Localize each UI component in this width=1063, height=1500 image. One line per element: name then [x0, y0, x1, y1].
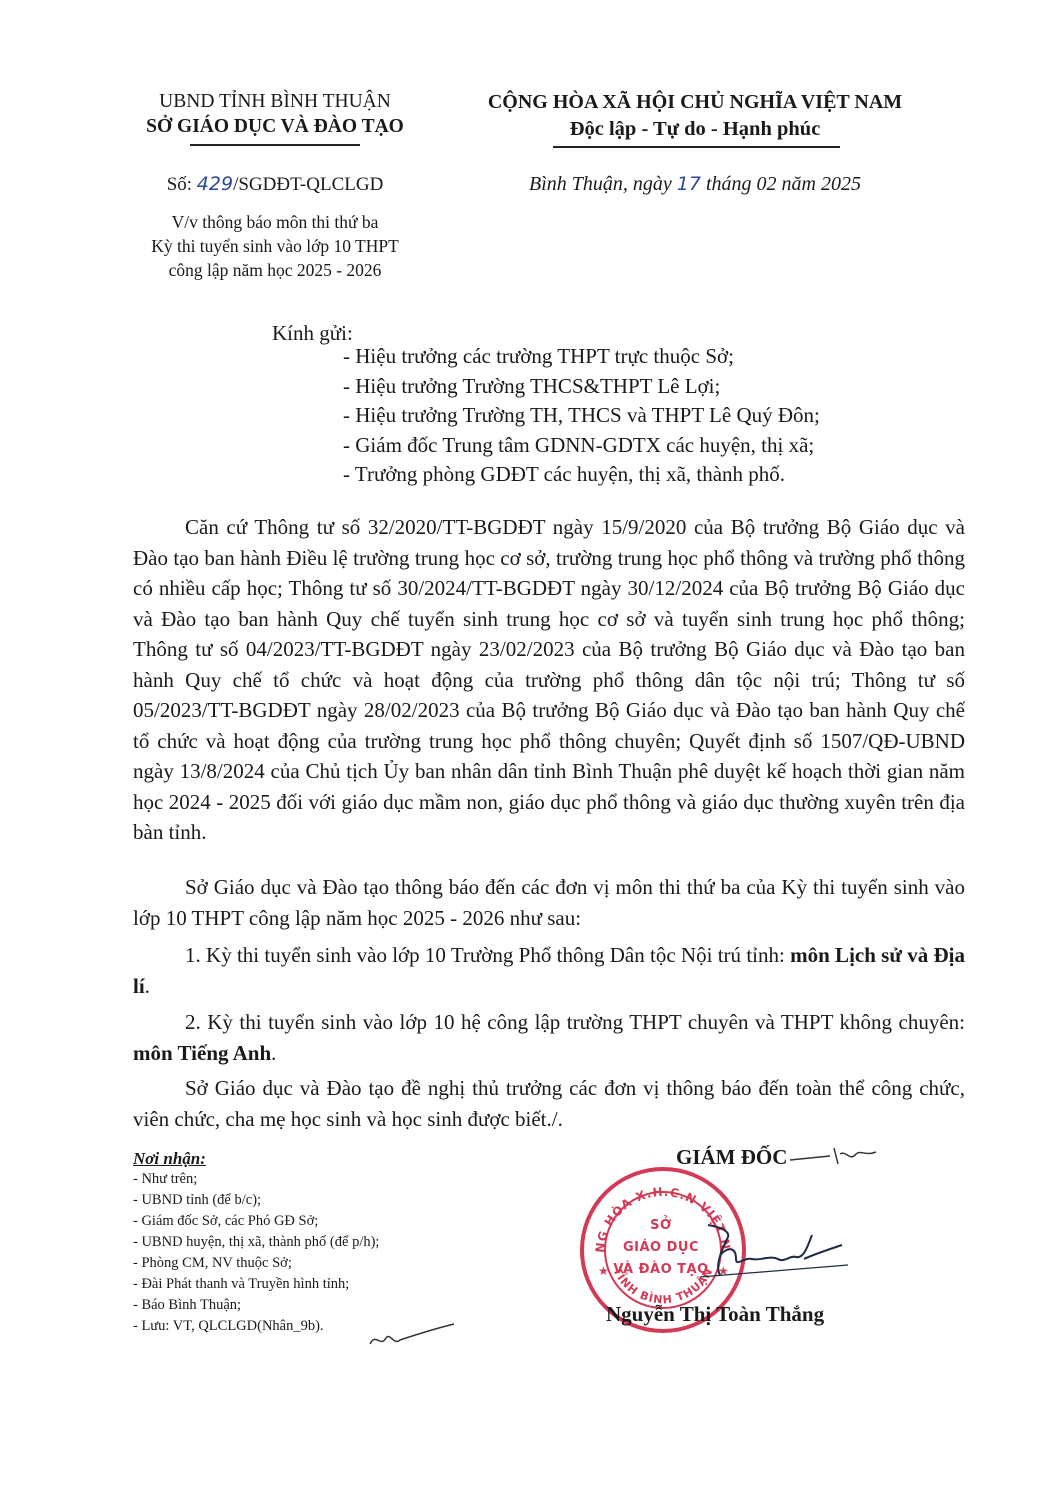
issuing-department: SỞ GIÁO DỤC VÀ ĐÀO TẠO — [110, 115, 440, 139]
distribution-item: - UBND tỉnh (để b/c); — [133, 1190, 463, 1211]
national-title: CỘNG HÒA XÃ HỘI CHỦ NGHĨA VIỆT NAM — [435, 90, 955, 114]
date-prefix: Bình Thuận, ngày — [529, 173, 672, 195]
distribution-item: - Giám đốc Sở, các Phó GĐ Sở; — [133, 1211, 463, 1232]
exam-item-1: 1. Kỳ thi tuyển sinh vào lớp 10 Trường P… — [133, 940, 965, 1001]
recipient-item: - Hiệu trưởng Trường TH, THCS và THPT Lê… — [343, 401, 963, 431]
exam-item-text: 2. Kỳ thi tuyển sinh vào lớp 10 hệ công … — [185, 1010, 965, 1034]
distribution-item: - Như trên; — [133, 1169, 463, 1190]
legal-basis-paragraph: Căn cứ Thông tư số 32/2020/TT-BGDĐT ngày… — [133, 512, 965, 848]
national-motto: Độc lập - Tự do - Hạnh phúc — [435, 117, 955, 141]
exam-item-2: 2. Kỳ thi tuyển sinh vào lớp 10 hệ công … — [133, 1007, 965, 1068]
exam-item-end: . — [271, 1041, 276, 1065]
subject-line: Kỳ thi tuyển sinh vào lớp 10 THPT — [110, 234, 440, 258]
handwritten-signature-icon — [700, 1215, 850, 1285]
subject-block: V/v thông báo môn thi thứ ba Kỳ thi tuyể… — [110, 210, 440, 282]
exam-subject: môn Tiếng Anh — [133, 1041, 271, 1065]
number-suffix: /SGDĐT-QLCLGD — [233, 174, 383, 195]
signature-title: GIÁM ĐỐC — [676, 1145, 787, 1170]
announcement-paragraph: Sở Giáo dục và Đào tạo thông báo đến các… — [133, 872, 965, 933]
issuing-authority: UBND TỈNH BÌNH THUẬN — [110, 90, 440, 114]
distribution-item: - Báo Bình Thuận; — [133, 1295, 463, 1316]
distribution-title: Nơi nhận: — [133, 1148, 463, 1169]
motto-underline — [553, 146, 840, 148]
distribution-item: - Đài Phát thanh và Truyền hình tỉnh; — [133, 1274, 463, 1295]
recipient-list: - Hiệu trưởng các trường THPT trực thuộc… — [343, 342, 963, 490]
document-number: Số: 429/SGDĐT-QLCLGD — [110, 172, 440, 197]
subject-line: V/v thông báo môn thi thứ ba — [110, 210, 440, 234]
document-date: Bình Thuận, ngày 17 tháng 02 năm 2025 — [435, 172, 955, 196]
number-handwritten: 429 — [197, 173, 233, 195]
subject-line: công lập năm học 2025 - 2026 — [110, 258, 440, 282]
date-day-handwritten: 17 — [677, 173, 701, 195]
recipient-item: - Hiệu trưởng các trường THPT trực thuộc… — [343, 342, 963, 372]
greeting-label: Kính gửi: — [272, 318, 353, 348]
distribution-item: - UBND huyện, thị xã, thành phố (để p/h)… — [133, 1232, 463, 1253]
exam-item-text: 1. Kỳ thi tuyển sinh vào lớp 10 Trường P… — [185, 943, 790, 967]
department-underline — [190, 144, 360, 146]
date-suffix: tháng 02 năm 2025 — [706, 173, 861, 195]
recipient-item: - Hiệu trưởng Trường THCS&THPT Lê Lợi; — [343, 372, 963, 402]
signer-name: Nguyễn Thị Toàn Thắng — [606, 1302, 824, 1327]
recipient-item: - Giám đốc Trung tâm GDNN-GDTX các huyện… — [343, 431, 963, 461]
number-prefix: Số: — [167, 174, 192, 195]
distribution-list: Nơi nhận: - Như trên; - UBND tỉnh (để b/… — [133, 1148, 463, 1337]
distribution-item: - Phòng CM, NV thuộc Sở; — [133, 1253, 463, 1274]
closing-paragraph: Sở Giáo dục và Đào tạo đề nghị thủ trưởn… — [133, 1073, 965, 1134]
initials-scribble-icon — [368, 1322, 458, 1352]
exam-item-end: . — [145, 974, 150, 998]
title-initials-scribble-icon — [790, 1140, 880, 1170]
recipient-item: - Trưởng phòng GDĐT các huyện, thị xã, t… — [343, 460, 963, 490]
